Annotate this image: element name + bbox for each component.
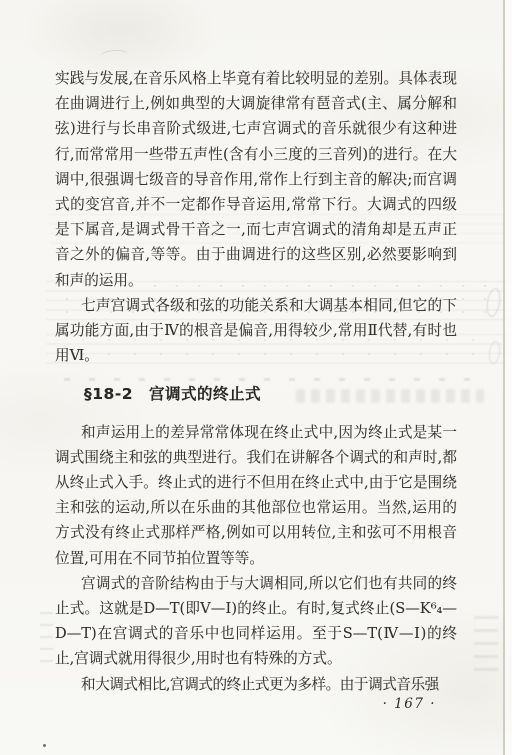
scan-artifact-squiggle	[100, 49, 129, 62]
ink-speck	[43, 744, 46, 747]
paragraph: 和声运用上的差异常常体现在终止式中,因为终止式是某一调式围绕主和弦的典型进行。我…	[55, 420, 457, 571]
paragraph: 七声宫调式各级和弦的功能关系和大调基本相同,但它的下属功能方面,由于Ⅳ的根音是偏…	[55, 293, 457, 369]
text-column: 实践与发展,在音乐风格上毕竟有着比较明显的差别。具体表现在曲调进行上,例如典型的…	[55, 66, 457, 697]
bleedthrough-clef-icon	[485, 287, 503, 318]
bleedthrough-text	[474, 616, 498, 674]
bleedthrough-clef-icon	[487, 340, 501, 364]
bleedthrough-text	[40, 612, 53, 664]
paragraph: 宫调式的音阶结构由于与大调相同,所以它们也有共同的终止式。这就是D—T(即Ⅴ—Ⅰ…	[55, 571, 457, 672]
paragraph: 实践与发展,在音乐风格上毕竟有着比较明显的差别。具体表现在曲调进行上,例如典型的…	[55, 66, 457, 293]
paragraph: 和大调式相比,宫调式的终止式更为多样。由于调式音乐强	[55, 672, 457, 697]
book-page: 实践与发展,在音乐风格上毕竟有着比较明显的差别。具体表现在曲调进行上,例如典型的…	[0, 0, 512, 755]
section-heading: §18-2 宫调式的终止式	[84, 382, 457, 407]
page-number: · 167 ·	[383, 696, 436, 712]
page-edge-strip	[505, 0, 512, 755]
